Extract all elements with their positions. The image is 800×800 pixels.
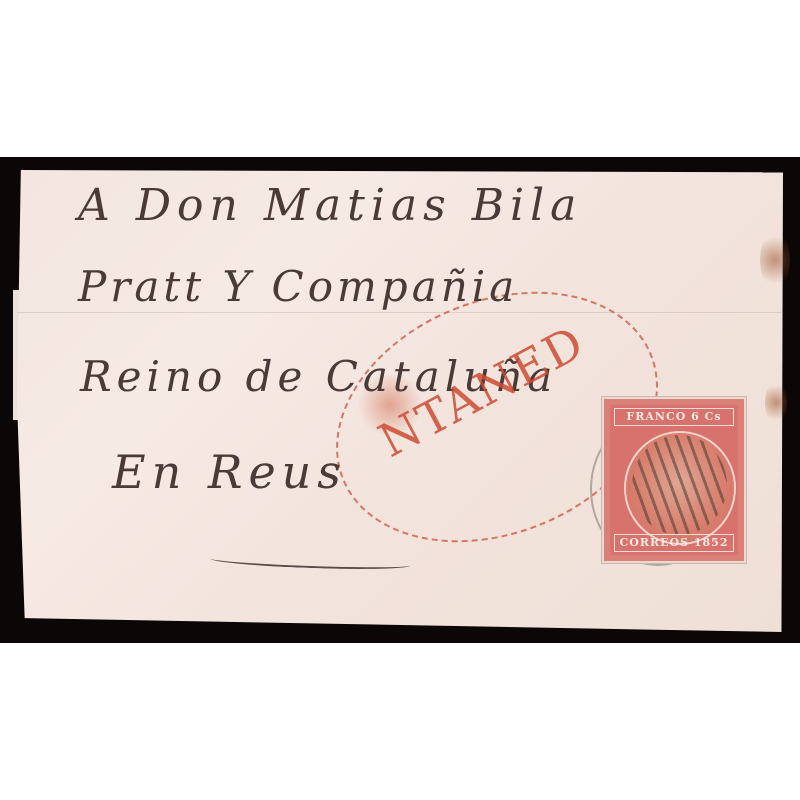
- stamp-top-inscription: FRANCO 6 Cs: [614, 408, 734, 426]
- foxing-stain: [760, 230, 790, 290]
- address-line-2: Pratt Y Compañia: [78, 262, 518, 311]
- postage-stamp: FRANCO 6 Cs CORREOS 1852: [602, 397, 746, 563]
- stamp-cancellation-bars: [632, 435, 727, 535]
- foxing-stain: [765, 380, 787, 425]
- address-line-1: A Don Matias Bila: [78, 180, 582, 231]
- stamp-frame: FRANCO 6 Cs CORREOS 1852: [610, 405, 738, 555]
- fold-line: [17, 312, 783, 313]
- stamp-bottom-inscription: CORREOS 1852: [614, 534, 734, 552]
- address-line-4: En Reus: [112, 445, 347, 499]
